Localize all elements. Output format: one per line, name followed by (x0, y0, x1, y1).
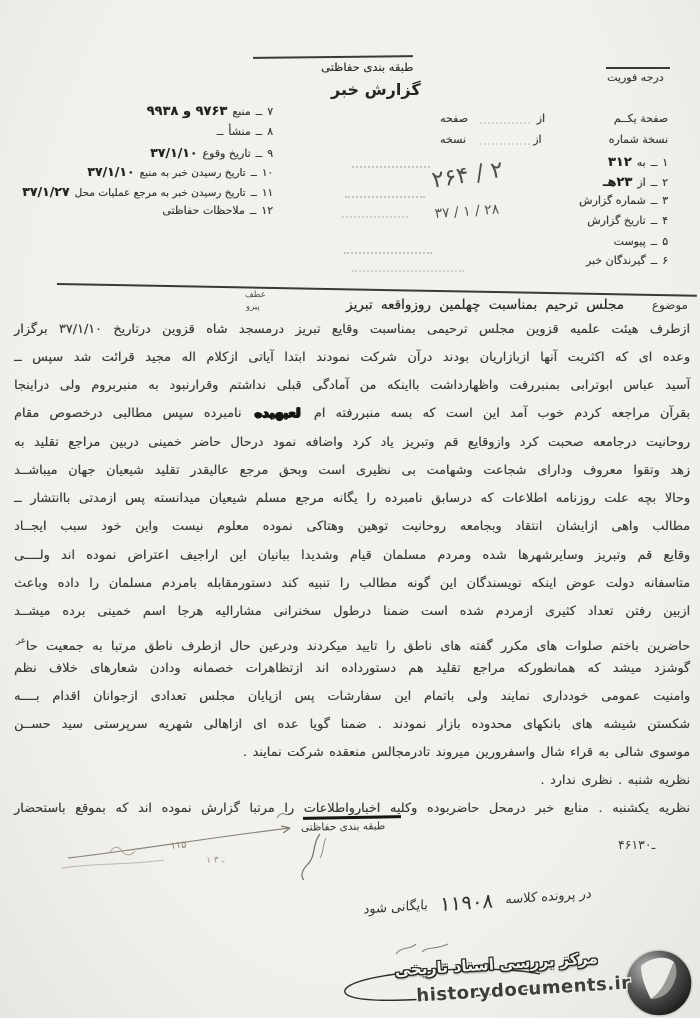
field-news-reached-source: ۱۰ ــ تاریخ رسیدن خبر به منبع ۳۷/۱/۱۰ (87, 164, 273, 179)
field-label: شماره گزارش (579, 194, 646, 207)
copy-of-label: از (533, 133, 541, 146)
field-label: از (637, 176, 645, 189)
body-line: گوشزد میشد که همانطورکه مراجع تقلید هم د… (14, 659, 690, 679)
field-number: ۱۰ (262, 167, 273, 179)
field-dash: ــ (651, 194, 657, 207)
document-page: طبقه بندی حفاظتی گزارش خبر درجه فوریت صف… (0, 0, 700, 1018)
field-value: ۳۷/۱/۱۰ (150, 145, 197, 160)
field-number: ۱۱ (262, 187, 273, 199)
pencil-mark (345, 196, 425, 198)
field-report-number: ۳ ــ شماره گزارش (579, 194, 668, 207)
report-title-stamp: گزارش خبر (331, 80, 421, 99)
body-line: حاضرین باختم صلوات های مکرر گفته های ناط… (14, 631, 690, 657)
subject-label: موضوع (652, 298, 688, 312)
copy-label: نسخة شماره (609, 133, 668, 146)
body-line: وحالا بچه علت روزنامه اطلاعات که درسابق … (14, 489, 690, 509)
body-line: مطالب واهی ازایشان انتقاد وبجامعه روحانی… (14, 517, 690, 537)
pencil-mark (352, 270, 464, 272)
body-line: روحانیت درجامعه صحبت کرد وازوقایع قم وتب… (14, 433, 690, 453)
field-number: ۴ (662, 214, 668, 227)
body-line: بقرآن مراجعه کردم خوب آمد این است که بسه… (14, 404, 690, 424)
field-value: ۲۳هـ (603, 175, 632, 190)
archive-note-post: بایگانی شود (363, 897, 428, 917)
pencil-note-a: ۱۱۵ (170, 840, 187, 852)
field-from: ۲ ــ از ۲۳هـ (603, 175, 668, 190)
copy-number-row: نسخة شماره از نسخه (440, 133, 668, 146)
field-dash: ــ (651, 214, 657, 227)
pencil-mark (480, 143, 530, 145)
body-line: وامنیت عمومی خودداری نمایند ولی باتمام ا… (14, 687, 690, 707)
small-scribble (392, 938, 454, 960)
field-dash: ــ (651, 156, 657, 169)
field-label: تاریخ گزارش (587, 214, 646, 227)
form-number: ۴۶ـ۱۳۰ (618, 837, 655, 852)
body-line: زهد وتقوا معروف ودارای شجاعت وشهامت بی ن… (14, 461, 690, 481)
body-line: متاسفانه دولت عوض اینکه نویسندگان این گو… (14, 574, 690, 594)
archive-note: در پرونده کلاسه ۱۱۹۰۸ بایگانی شود (292, 881, 592, 926)
body-line: ازطرف هیئت علمیه قزوین مجلس ترحیمی بمناس… (14, 320, 690, 340)
body-text: حاضرین باختم صلوات های مکرر گفته های ناط… (26, 639, 690, 654)
subject-text: مجلس ترحیم بمناسبت چهلمین روزواقعه تبریز (346, 297, 624, 313)
field-number: ۲ (662, 176, 668, 189)
page-of-label: از (537, 112, 545, 125)
field-security-remarks: ۱۲ ــ ملاحظات حفاظتی (162, 204, 273, 217)
field-label: ملاحظات حفاظتی (162, 204, 244, 217)
field-number: ۵ (662, 235, 668, 248)
urgency-label: درجه فوریت (607, 71, 664, 84)
urgency-overline (606, 67, 670, 69)
field-to: ۱ ــ به ۳۱۲ (608, 155, 668, 170)
field-source: ۷ ــ منبع ۹۷۶۳ و ۹۹۳۸ (147, 104, 273, 119)
field-label: تاریخ وقوع (202, 147, 250, 160)
field-dash: ــ (251, 167, 257, 179)
page-label: صفحة یکــم (614, 112, 668, 125)
classification-overline (253, 55, 413, 59)
field-label: منشأ (228, 125, 250, 138)
field-dash: ــ (256, 105, 262, 118)
header-divider-line (57, 283, 697, 296)
field-value: ۳۷/۱/۲۷ (22, 184, 69, 199)
field-report-date: ۴ ــ تاریخ گزارش (587, 214, 668, 227)
archive-class-number: ۱۱۹۰۸ (439, 888, 493, 916)
field-attachment: ۵ ــ پیوست (614, 235, 668, 248)
body-text: بقرآن مراجعه کردم خوب آمد این است که بسه… (314, 406, 690, 421)
body-line: آسید عباس ابوترابی بمنبررفت واظهارداشت ب… (14, 376, 690, 396)
pencil-mark (352, 166, 430, 168)
field-dash: ــ (251, 187, 257, 199)
field-dash: ــ (256, 147, 262, 160)
field-dash: ــ (651, 254, 657, 267)
body-line: ازبین رفتن تعداد کثیری ازمردم شده است ضم… (14, 602, 690, 622)
subject-row: موضوع مجلس ترحیم بمناسبت چهلمین روزواقعه… (346, 297, 688, 313)
pencil-mark (344, 252, 432, 254)
page-total-label: صفحه (440, 112, 468, 125)
pencil-note-b: ۱ ـ ۳ (206, 855, 225, 866)
field-label: منبع (232, 105, 250, 118)
field-value: ۹۷۶۳ و ۹۹۳۸ (147, 104, 228, 119)
field-dash: ــ (651, 235, 657, 248)
field-dash: ــ (250, 204, 256, 217)
page-number-row: صفحة یکــم از صفحه (440, 112, 668, 125)
field-label: تاریخ رسیدن خبر به منبع (140, 167, 246, 179)
body-line: وعده ای که اکثریت آنها ازبازاریان بودند … (14, 348, 690, 368)
body-text: نامبرده سپس مطالبی درخصوص مقام (14, 406, 241, 421)
field-dash: ــ (256, 125, 262, 138)
overtyped-word: لعیهیده (255, 406, 301, 421)
reference-note-peyrow: پیرو (246, 302, 260, 312)
handwritten-report-number: ۲۶۴ / ۲ (430, 157, 505, 194)
field-value: ــ (217, 125, 223, 138)
opinion-saturday-line: نظریه شنبه . نظری ندارد . (14, 771, 690, 791)
field-number: ۹ (267, 147, 273, 160)
body-line: وقایع قم وتبریز وسایرشهرها شده ومردم مسل… (14, 546, 690, 566)
field-origin: ۸ ــ منشأ ــ (217, 125, 273, 138)
field-value: ۳۷/۱/۱۰ (87, 164, 134, 179)
body-line: شکستن شیشه های بانکهای محدوده بازار نمود… (14, 715, 690, 735)
field-occurrence-date: ۹ ــ تاریخ وقوع ۳۷/۱/۱۰ (150, 145, 273, 160)
field-label: گیرندگان خبر (586, 254, 646, 267)
body-line: موسوی شالی به قراء شال واسفرورین میروند … (14, 743, 690, 763)
copy-total-label: نسخه (440, 133, 466, 146)
field-number: ۱۲ (261, 204, 273, 217)
ink-squiggle (290, 830, 336, 882)
field-number: ۷ (267, 105, 273, 118)
field-label: به (637, 156, 646, 169)
archive-center-logo (621, 948, 697, 1018)
pencil-mark (342, 216, 408, 218)
field-recipients: ۶ ــ گیرندگان خبر (586, 254, 668, 267)
field-value: ۳۱۲ (608, 155, 632, 170)
field-number: ۸ (267, 125, 273, 138)
archive-note-pre: در پرونده کلاسه (505, 886, 592, 907)
classification-stamp: طبقه بندی حفاظتی (321, 60, 413, 74)
field-number: ۳ (662, 194, 668, 207)
reference-note-atf: عطف (245, 290, 266, 300)
field-number: ۱ (662, 156, 668, 169)
superscript-correction: عر (16, 636, 26, 646)
field-label: پیوست (614, 235, 646, 248)
field-label: تاریخ رسیدن خبر به مرجع عملیات محل (74, 187, 245, 199)
handwritten-report-date: ۳۷ / ۱ / ۲۸ (434, 201, 500, 221)
field-news-reached-operations: ۱۱ ــ تاریخ رسیدن خبر به مرجع عملیات محل… (22, 184, 273, 199)
field-dash: ــ (651, 176, 657, 189)
pencil-mark (480, 122, 530, 124)
field-number: ۶ (662, 254, 668, 267)
